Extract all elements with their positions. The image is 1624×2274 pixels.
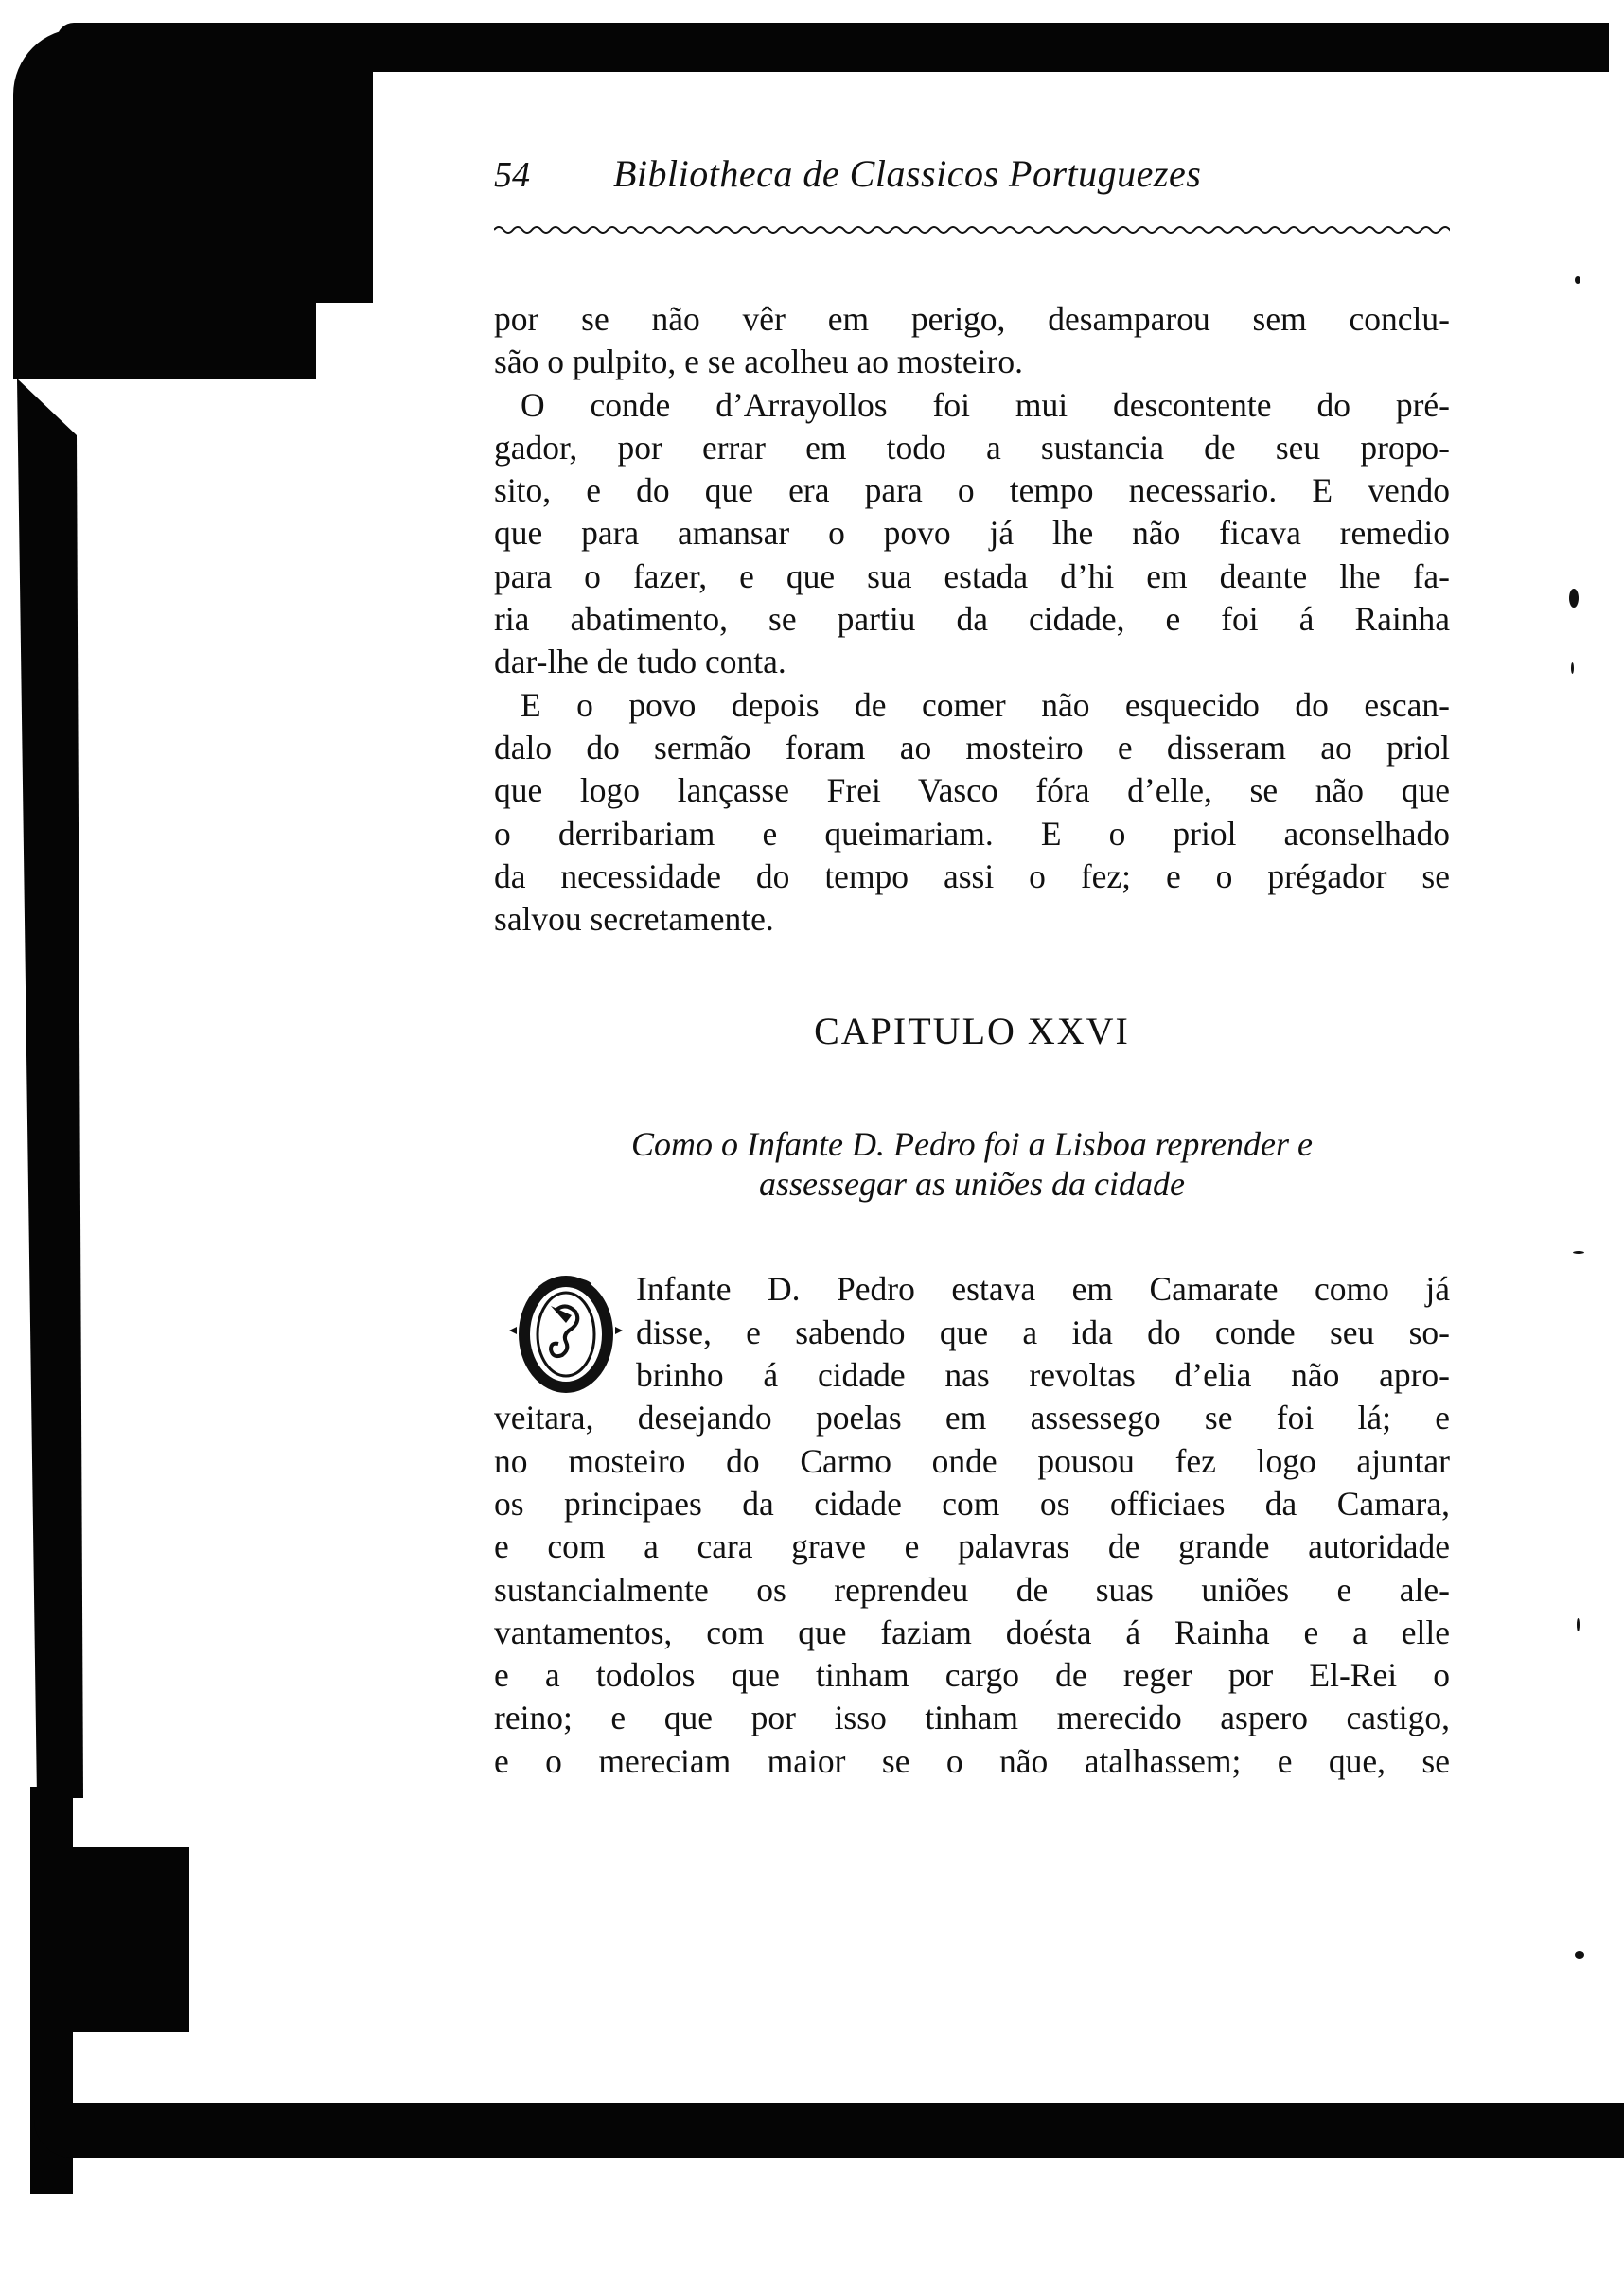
scan-speck	[1571, 662, 1574, 674]
text-line: dalo do sermão foram ao mosteiro e disse…	[494, 727, 1450, 769]
text-line: sito, e do que era para o tempo necessar…	[494, 469, 1450, 512]
text-line: e com a cara grave e palavras de grande …	[494, 1525, 1450, 1568]
scan-speck	[1575, 276, 1580, 284]
text-line: disse, e sabendo que a ida do conde seu …	[494, 1312, 1450, 1354]
text-line: brinho á cidade nas revoltas d’elia não …	[494, 1354, 1450, 1397]
text-line: dar-lhe de tudo conta.	[494, 641, 1450, 683]
text-line: Infante D. Pedro estava em Camarate como…	[494, 1268, 1450, 1311]
chapter-heading-text: CAPITULO XXVI	[814, 1009, 1130, 1053]
scan-speck	[1575, 1951, 1584, 1959]
text-line: e a todolos que tinham cargo de reger po…	[494, 1654, 1450, 1697]
text-line: da necessidade do tempo assi o fez; e o …	[494, 855, 1450, 898]
scan-speck	[1577, 1618, 1580, 1631]
wavy-rule-divider	[494, 223, 1450, 237]
text-line: no mosteiro do Carmo onde pousou fez log…	[494, 1440, 1450, 1483]
scan-highlight	[1270, 2175, 1469, 2207]
paragraph: por se não vêr em perigo, desamparou sem…	[494, 298, 1450, 384]
text-line: gador, por errar em todo a sustancia de …	[494, 427, 1450, 469]
subtitle-line: assessegar as uniões da cidade	[494, 1164, 1450, 1204]
text-line: ria abatimento, se partiu da cidade, e f…	[494, 598, 1450, 641]
subtitle-line: Como o Infante D. Pedro foi a Lisboa rep…	[494, 1124, 1450, 1164]
paragraph: O conde d’Arrayollos foi mui descontente…	[494, 384, 1450, 684]
scan-border-bottom-left	[66, 1847, 189, 2032]
text-line: por se não vêr em perigo, desamparou sem…	[494, 298, 1450, 341]
text-line: que logo lançasse Frei Vasco fóra d’elle…	[494, 769, 1450, 812]
dropcap-ornament-icon	[505, 1272, 627, 1393]
text-line: E o povo depois de comer não esquecido d…	[494, 684, 1450, 727]
chapter-subtitle: Como o Infante D. Pedro foi a Lisboa rep…	[494, 1124, 1450, 1204]
scan-speck	[1573, 1251, 1584, 1254]
text-line: e o mereciam maior se o não atalhassem; …	[494, 1740, 1450, 1783]
scan-border-bottom	[34, 2103, 1624, 2158]
page-number: 54	[494, 154, 613, 196]
scan-speck	[1569, 589, 1579, 608]
text-line: são o pulpito, e se acolheu ao mosteiro.	[494, 341, 1450, 383]
continued-text: por se não vêr em perigo, desamparou sem…	[494, 298, 1450, 941]
running-head: 54 Bibliotheca de Classicos Portuguezes	[494, 151, 1450, 218]
text-line: reino; e que por isso tinham merecido as…	[494, 1697, 1450, 1739]
paragraph: E o povo depois de comer não esquecido d…	[494, 684, 1450, 942]
scan-border-left	[17, 379, 83, 1798]
text-line: que para amansar o povo já lhe não ficav…	[494, 512, 1450, 555]
text-line: veitara, desejando poelas em assessego s…	[494, 1397, 1450, 1439]
text-line: sustancialmente os reprendeu de suas uni…	[494, 1569, 1450, 1612]
book-page: 54 Bibliotheca de Classicos Portuguezes …	[494, 151, 1450, 1783]
text-line: para o fazer, e que sua estada d’hi em d…	[494, 555, 1450, 598]
text-line: O conde d’Arrayollos foi mui descontente…	[494, 384, 1450, 427]
text-line: o derribariam e queimariam. E o priol ac…	[494, 813, 1450, 855]
chapter-body: Infante D. Pedro estava em Camarate como…	[494, 1268, 1450, 1783]
text-line: vantamentos, com que faziam doésta á Rai…	[494, 1612, 1450, 1654]
book-title: Bibliotheca de Classicos Portuguezes	[613, 151, 1201, 196]
scan-border-top-left-step	[13, 284, 316, 379]
text-line: os principaes da cidade com os officiaes…	[494, 1483, 1450, 1525]
text-line: salvou secretamente.	[494, 898, 1450, 941]
chapter-heading: CAPITULO XXVI	[494, 1009, 1450, 1056]
scan-border-top-left	[13, 28, 373, 303]
